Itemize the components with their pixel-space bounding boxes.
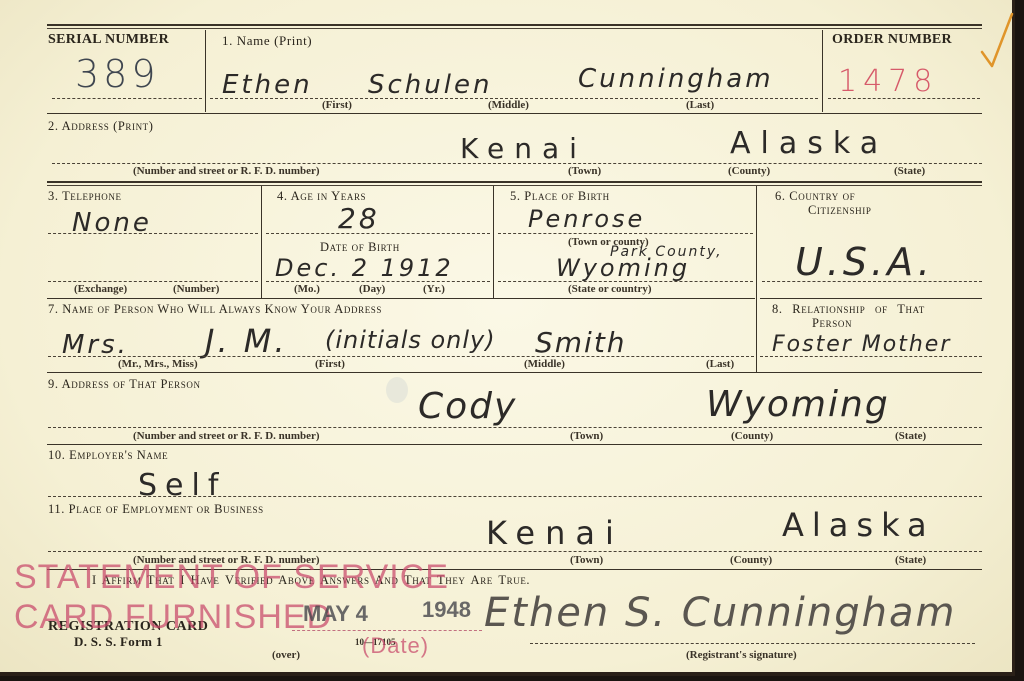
telephone-label: 3. Telephone	[48, 189, 122, 204]
address-label: 2. Address (Print)	[48, 119, 154, 134]
employment-town-value: Kenai	[486, 514, 624, 552]
contact-address-sub-street: (Number and street or R. F. D. number)	[133, 430, 320, 442]
contact-label: 7. Name of Person Who Will Always Know Y…	[48, 302, 382, 317]
dob-sub-yr: (Yr.)	[423, 283, 445, 295]
row-rule	[47, 113, 982, 114]
employment-sub-county: (County)	[730, 554, 772, 566]
row-rule-inner	[47, 185, 982, 186]
divider	[822, 30, 823, 112]
pob-state-value: Wyoming	[556, 254, 690, 282]
row-rule	[760, 298, 982, 299]
name-middle-value: Schulen	[368, 70, 492, 100]
name-sub-first: (First)	[322, 99, 352, 111]
contact-last-value: Smith	[535, 326, 627, 359]
age-line	[266, 233, 490, 234]
serial-number-label: SERIAL NUMBER	[48, 32, 169, 48]
statement-stamp-line-1: STATEMENT OF SERVICE	[14, 558, 449, 597]
dob-sub-day: (Day)	[359, 283, 385, 295]
dob-value: Dec. 2 1912	[275, 254, 454, 282]
name-last-value: Cunningham	[578, 64, 774, 94]
order-number-label: ORDER NUMBER	[832, 32, 952, 48]
telephone-line-2	[48, 281, 258, 282]
divider	[205, 30, 206, 112]
employer-value: Self	[138, 468, 226, 503]
registrant-signature: Ethen S. Cunningham	[484, 590, 956, 636]
employer-label: 10. Employer's Name	[48, 448, 168, 463]
pob-town-line	[498, 233, 753, 234]
contact-first-value: J. M.	[205, 322, 288, 360]
row-rule	[47, 298, 755, 299]
divider	[756, 186, 757, 372]
order-number-value: 1478	[838, 64, 938, 99]
address-sub-county: (County)	[728, 165, 770, 177]
contact-state-value: Wyoming	[706, 384, 890, 425]
pob-sub-state: (State or country)	[568, 283, 652, 295]
address-sub-town: (Town)	[568, 165, 601, 177]
dob-sub-mo: (Mo.)	[294, 283, 320, 295]
address-sub-state: (State)	[894, 165, 925, 177]
row-rule	[47, 181, 982, 183]
top-rule	[47, 24, 982, 26]
pob-town-value: Penrose	[528, 205, 645, 233]
date-stamp-label: (Date)	[362, 633, 429, 659]
relationship-line	[760, 356, 982, 357]
row-rule	[47, 444, 982, 445]
contact-sub-title: (Mr., Mrs., Miss)	[118, 358, 198, 370]
address-sub-street: (Number and street or R. F. D. number)	[133, 165, 320, 177]
contact-sub-last: (Last)	[706, 358, 734, 370]
date-stamp-month-day: MAY 4	[303, 601, 368, 627]
contact-address-label: 9. Address of That Person	[48, 377, 201, 392]
citizenship-label-2: Citizenship	[808, 203, 871, 218]
contact-address-sub-town: (Town)	[570, 430, 603, 442]
order-line	[828, 98, 980, 99]
row-rule	[47, 372, 982, 373]
statement-stamp-line-2: CARD FURNISHED	[14, 598, 332, 637]
employer-line	[48, 496, 982, 497]
contact-town-value: Cody	[418, 386, 517, 427]
over-label: (over)	[272, 649, 300, 661]
check-mark-icon	[978, 8, 1018, 78]
employment-sub-state: (State)	[895, 554, 926, 566]
serial-line	[52, 98, 202, 99]
telephone-sub-number: (Number)	[173, 283, 219, 295]
contact-note-value: (initials only)	[325, 326, 496, 354]
address-town-value: Kenai	[460, 132, 587, 165]
contact-line	[48, 356, 754, 357]
contact-address-sub-state: (State)	[895, 430, 926, 442]
registration-card: SERIAL NUMBER 1. Name (Print) ORDER NUMB…	[0, 0, 1015, 676]
name-label: 1. Name (Print)	[222, 33, 312, 49]
telephone-sub-exchange: (Exchange)	[74, 283, 127, 295]
name-first-value: Ethen	[222, 70, 313, 100]
dob-label: Date of Birth	[320, 240, 400, 255]
contact-address-sub-county: (County)	[731, 430, 773, 442]
punch-mark	[386, 377, 408, 403]
name-sub-middle: (Middle)	[488, 99, 529, 111]
name-sub-last: (Last)	[686, 99, 714, 111]
top-rule-inner	[47, 28, 982, 29]
citizenship-line	[762, 281, 982, 282]
address-line	[52, 163, 982, 164]
divider	[493, 186, 494, 298]
relationship-label-2: Person	[812, 316, 852, 331]
relationship-value: Foster Mother	[772, 332, 951, 357]
pob-label: 5. Place of Birth	[510, 189, 610, 204]
contact-address-line	[48, 427, 982, 428]
divider	[261, 186, 262, 298]
age-value: 28	[338, 202, 380, 235]
employment-line	[48, 551, 982, 552]
employment-sub-town: (Town)	[570, 554, 603, 566]
signature-line	[530, 643, 975, 644]
dob-line	[266, 281, 490, 282]
signature-sub: (Registrant's signature)	[686, 649, 797, 661]
date-stamp-year: 1948	[422, 597, 471, 623]
citizenship-label-1: 6. Country of	[775, 189, 855, 204]
serial-number-value: 389	[75, 52, 160, 96]
address-state-value: Alaska	[730, 126, 888, 161]
telephone-line	[48, 233, 258, 234]
pob-state-line	[498, 281, 753, 282]
employment-state-value: Alaska	[782, 506, 935, 544]
contact-sub-first: (First)	[315, 358, 345, 370]
employment-place-label: 11. Place of Employment or Business	[48, 502, 264, 517]
relationship-label-1: 8. Relationship of That	[772, 302, 925, 317]
contact-sub-middle: (Middle)	[524, 358, 565, 370]
citizenship-value: U.S.A.	[795, 240, 934, 284]
